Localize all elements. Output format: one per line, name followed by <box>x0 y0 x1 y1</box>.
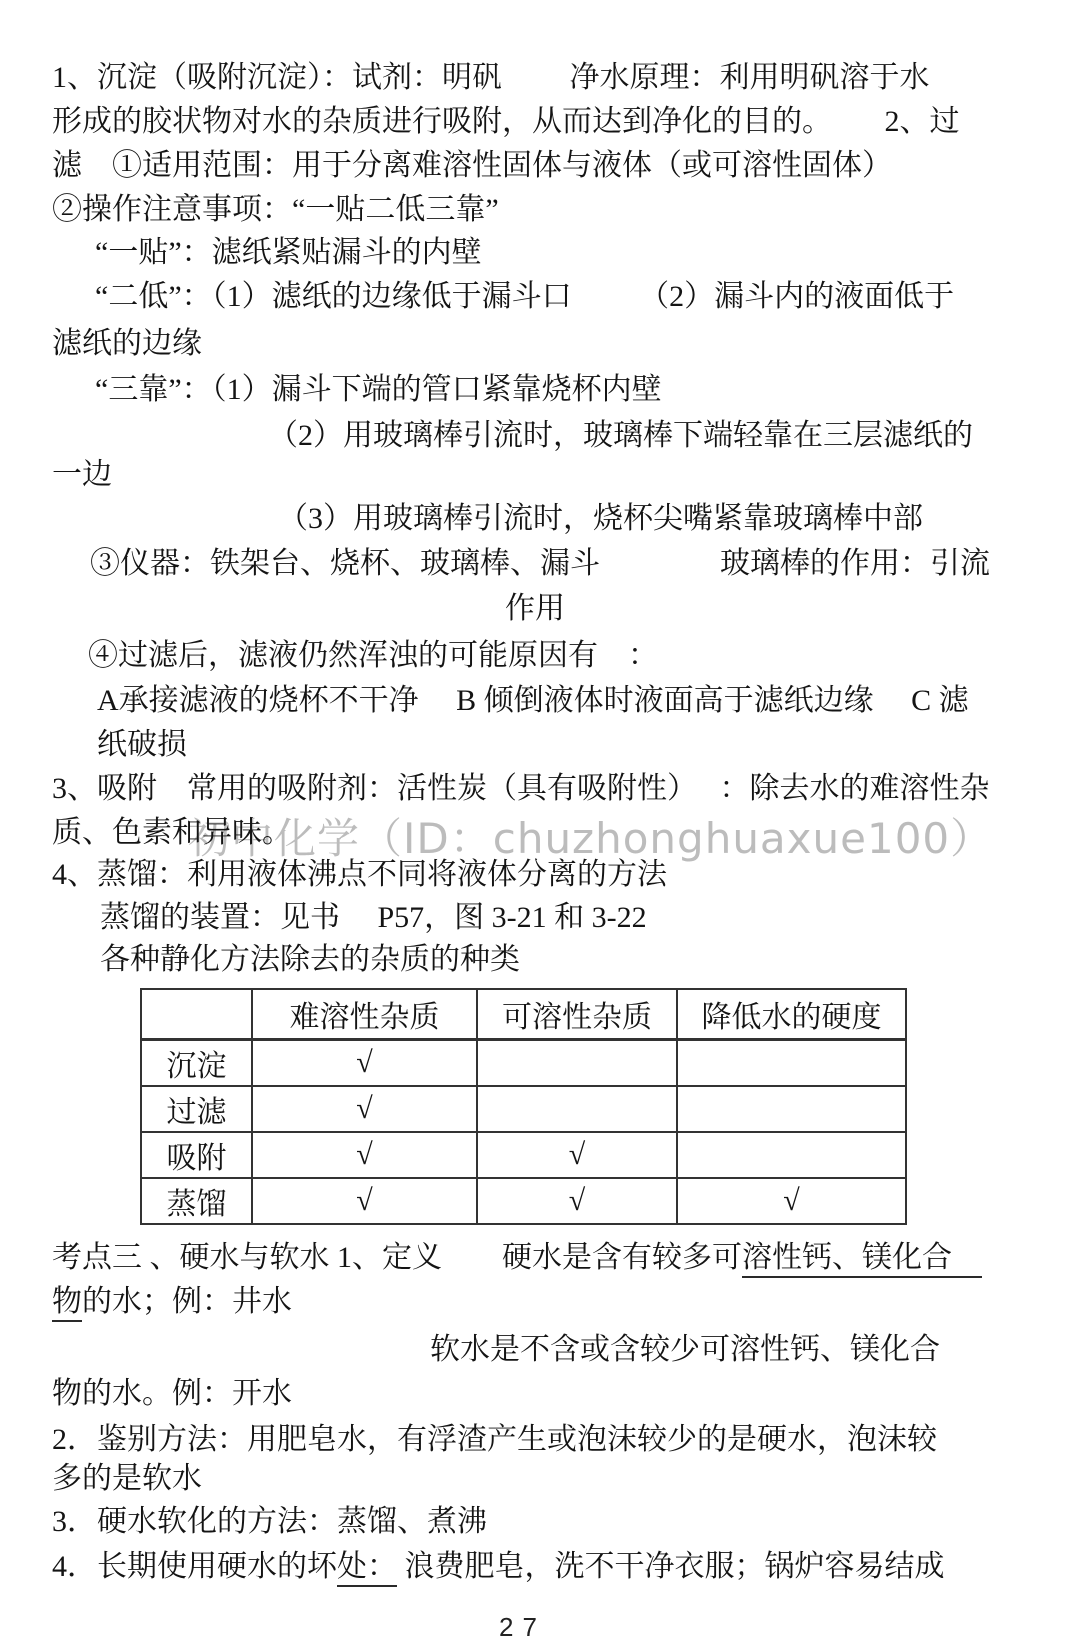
line-hard-water-drawbacks: 4．长期使用硬水的坏处： 浪费肥皂，洗不干净衣服；锅炉容易结成 <box>52 1550 945 1584</box>
line-distillation-device: 蒸馏的装置：见书 P57，图 3-21 和 3-22 <box>100 901 647 935</box>
drawbacks-underlined: 处： <box>337 1550 397 1587</box>
check-cell <box>677 1086 906 1132</box>
table-header-hardness: 降低水的硬度 <box>677 989 906 1039</box>
table-row-filtration: 过滤 √ <box>141 1086 906 1132</box>
hard-water-def-underlined-cont: 物 <box>52 1285 82 1322</box>
row-label: 沉淀 <box>141 1039 252 1086</box>
line-instruments: ③仪器：铁架台、烧杯、玻璃棒、漏斗 玻璃棒的作用：引流 <box>90 547 990 581</box>
hard-water-def-underlined: 溶性钙、镁化合 <box>742 1241 982 1278</box>
line-table-caption: 各种静化方法除去的杂质的种类 <box>100 943 520 977</box>
drawbacks-text: 4．长期使用硬水的坏 <box>52 1550 337 1583</box>
line-rule-erdi: “二低”：（1）滤纸的边缘低于漏斗口 （2）漏斗内的液面低于 <box>95 280 954 314</box>
line-softening-methods: 3．硬水软化的方法：蒸馏、煮沸 <box>52 1505 487 1539</box>
line-sedimentation-cont: 形成的胶状物对水的杂质进行吸附，从而达到净化的目的。 2、过 <box>52 105 960 139</box>
check-cell: √ <box>677 1178 906 1224</box>
line-adsorption: 3、吸附 常用的吸附剂：活性炭（具有吸附性） ：除去水的难溶性杂 <box>52 772 990 806</box>
line-rule-sankao-3: （3）用玻璃棒引流时，烧杯尖嘴紧靠玻璃棒中部 <box>278 502 923 536</box>
line-rule-sankao-2: （2）用玻璃棒引流时，玻璃棒下端轻靠在三层滤纸的 <box>268 419 973 453</box>
line-hard-water-definition: 考点三 、硬水与软水 1、定义 硬水是含有较多可溶性钙、镁化合 <box>52 1241 982 1275</box>
check-cell: √ <box>477 1178 677 1224</box>
table-header-soluble: 可溶性杂质 <box>477 989 677 1039</box>
purification-methods-table: 难溶性杂质 可溶性杂质 降低水的硬度 沉淀 √ 过滤 √ 吸附 √ √ 蒸馏 √… <box>140 988 907 1225</box>
check-cell <box>477 1039 677 1086</box>
check-cell <box>677 1132 906 1178</box>
line-rule-yitie: “一贴”：滤纸紧贴漏斗的内壁 <box>95 236 482 270</box>
line-distillation: 4、蒸馏：利用液体沸点不同将液体分离的方法 <box>52 858 667 892</box>
line-adsorption-cont: 质、色素和异味。 <box>52 816 292 850</box>
row-label: 蒸馏 <box>141 1178 252 1224</box>
line-rule-sankao-1: “三靠”：（1）漏斗下端的管口紧靠烧杯内壁 <box>95 373 662 407</box>
hard-water-def-text: 考点三 、硬水与软水 1、定义 硬水是含有较多可 <box>52 1241 742 1274</box>
table-row-adsorption: 吸附 √ √ <box>141 1132 906 1178</box>
line-turbid-reasons-cont: 纸破损 <box>97 728 187 762</box>
table-header-row: 难溶性杂质 可溶性杂质 降低水的硬度 <box>141 989 906 1039</box>
watermark: 初中化学（ID：chuzhonghuaxue100） <box>188 806 993 866</box>
check-cell: √ <box>252 1132 477 1178</box>
check-cell: √ <box>477 1132 677 1178</box>
check-cell: √ <box>252 1086 477 1132</box>
table-header-empty <box>141 989 252 1039</box>
line-soft-water-definition: 软水是不含或含较少可溶性钙、镁化合 <box>430 1333 940 1367</box>
line-instruments-cont: 作用 <box>505 592 565 626</box>
line-turbid-reasons: ④过滤后，滤液仍然浑浊的可能原因有 ： <box>88 639 658 673</box>
line-rule-erdi-cont: 滤纸的边缘 <box>52 327 202 361</box>
drawbacks-cont: 浪费肥皂，洗不干净衣服；锅炉容易结成 <box>397 1550 945 1583</box>
row-label: 吸附 <box>141 1132 252 1178</box>
check-cell: √ <box>252 1039 477 1086</box>
line-hard-water-definition-cont: 物的水；例：井水 <box>52 1285 292 1319</box>
page-number: 27 <box>0 1612 1045 1643</box>
table-row-distillation: 蒸馏 √ √ √ <box>141 1178 906 1224</box>
document-page: 初中化学（ID：chuzhonghuaxue100） 1、沉淀（吸附沉淀）：试剂… <box>0 0 1080 1650</box>
line-turbid-reasons-abc: A承接滤液的烧杯不干净 B 倾倒液体时液面高于滤纸边缘 C 滤 <box>97 684 969 718</box>
line-identification-method: 2．鉴别方法：用肥皂水，有浮渣产生或泡沫较少的是硬水，泡沫较 <box>52 1423 937 1457</box>
check-cell <box>477 1086 677 1132</box>
line-rule-sankao-2-cont: 一边 <box>52 458 112 492</box>
check-cell <box>677 1039 906 1086</box>
table-header-insoluble: 难溶性杂质 <box>252 989 477 1039</box>
row-label: 过滤 <box>141 1086 252 1132</box>
line-filtration-scope: 滤 ①适用范围：用于分离难溶性固体与液体（或可溶性固体） <box>52 149 892 183</box>
line-soft-water-definition-cont: 物的水。例：开水 <box>52 1377 292 1411</box>
line-sedimentation-heading: 1、沉淀（吸附沉淀）：试剂：明矾 净水原理：利用明矾溶于水 <box>52 61 930 95</box>
line-operation-notes: ②操作注意事项：“一贴二低三靠” <box>52 193 499 227</box>
check-cell: √ <box>252 1178 477 1224</box>
hard-water-example: 的水；例：井水 <box>82 1285 292 1318</box>
table-row-sedimentation: 沉淀 √ <box>141 1039 906 1086</box>
line-identification-cont: 多的是软水 <box>52 1462 202 1496</box>
